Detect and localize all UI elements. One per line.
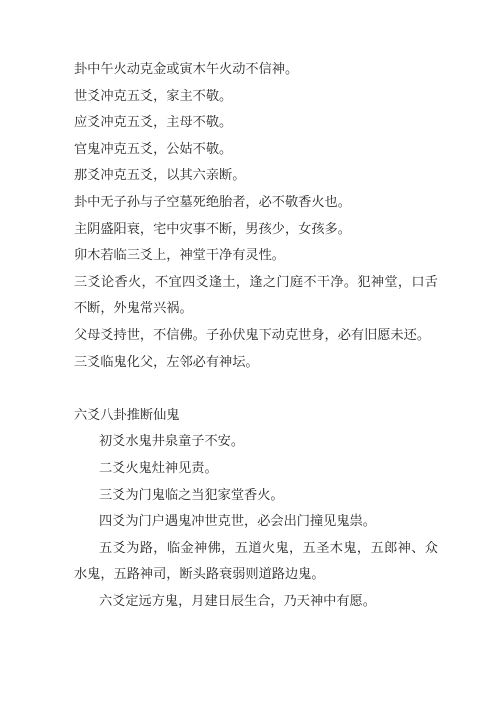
body-line: 六爻定远方鬼，月建日辰生合，乃天神中有愿。 — [74, 588, 438, 615]
body-line: 水鬼，五路神司，断头路衰弱则道路边鬼。 — [74, 561, 438, 588]
body-line: 卦中无子孙与子空墓死绝胎者，必不敬香火也。 — [74, 189, 438, 216]
body-line: 父母爻持世，不信佛。子孙伏鬼下动克世身，必有旧愿未还。 — [74, 322, 438, 349]
blank-line — [74, 375, 438, 402]
body-line: 不断，外鬼常兴祸。 — [74, 295, 438, 322]
body-line: 四爻为门户遇鬼冲世克世，必会出门撞见鬼祟。 — [74, 508, 438, 535]
body-line: 三爻论香火，不宜四爻逢土，逢之门庭不干净。犯神堂，口舌 — [74, 269, 438, 296]
body-line: 三爻为门鬼临之当犯家堂香火。 — [74, 482, 438, 509]
document-page: 卦中午火动克金或寅木午火动不信神。 世爻冲克五爻，家主不敬。 应爻冲克五爻，主母… — [0, 0, 500, 708]
body-line: 五爻为路，临金神佛，五道火鬼，五圣木鬼，五郎神、众 — [74, 535, 438, 562]
body-line: 二爻火鬼灶神见责。 — [74, 455, 438, 482]
body-line: 卯木若临三爻上，神堂干净有灵性。 — [74, 242, 438, 269]
body-line: 初爻水鬼井泉童子不安。 — [74, 428, 438, 455]
body-line: 世爻冲克五爻，家主不敬。 — [74, 83, 438, 110]
document-text-block: 卦中午火动克金或寅木午火动不信神。 世爻冲克五爻，家主不敬。 应爻冲克五爻，主母… — [74, 56, 438, 614]
section-heading: 六爻八卦推断仙鬼 — [74, 402, 438, 429]
body-line: 卦中午火动克金或寅木午火动不信神。 — [74, 56, 438, 83]
body-line: 主阴盛阳衰，宅中灾事不断，男孩少，女孩多。 — [74, 216, 438, 243]
body-line: 应爻冲克五爻，主母不敬。 — [74, 109, 438, 136]
body-line: 官鬼冲克五爻，公姑不敬。 — [74, 136, 438, 163]
body-line: 那爻冲克五爻，以其六亲断。 — [74, 162, 438, 189]
body-line: 三爻临鬼化父，左邻必有神坛。 — [74, 349, 438, 376]
